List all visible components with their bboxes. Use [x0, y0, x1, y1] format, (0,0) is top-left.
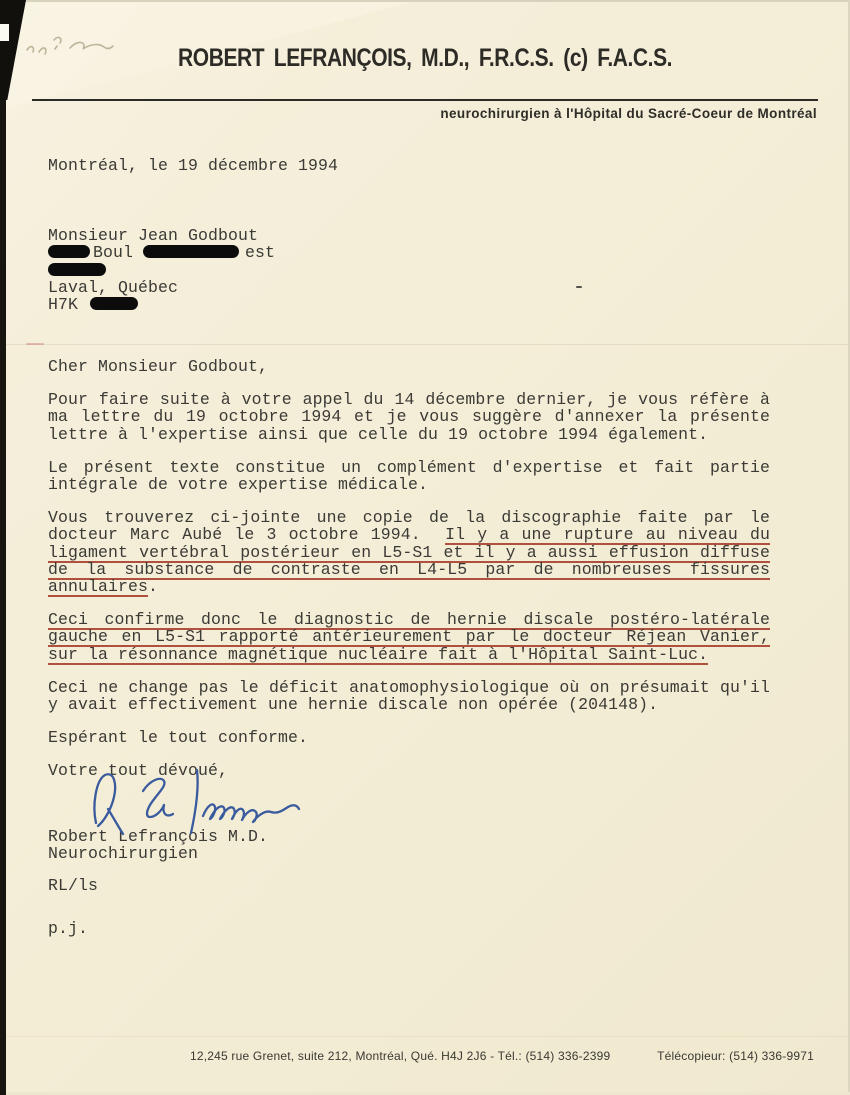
address-line-redacted — [48, 261, 275, 279]
paragraph-text: Le présent texte constitue un complément… — [48, 458, 770, 494]
header-rule — [32, 99, 818, 101]
letter-body: Cher Monsieur Godbout, Pour faire suite … — [48, 358, 770, 937]
ink-speck — [576, 286, 582, 288]
page-title: ROBERT LEFRANÇOIS, M.D., F.R.C.S. (c) F.… — [178, 44, 672, 73]
footer-address-phone: 12,245 rue Grenet, suite 212, Montréal, … — [190, 1049, 610, 1063]
scanned-letter-page: ROBERT LEFRANÇOIS, M.D., F.R.C.S. (c) F.… — [0, 0, 850, 1095]
scan-edge-left — [0, 0, 6, 1095]
letterhead: ROBERT LEFRANÇOIS, M.D., F.R.C.S. (c) F.… — [0, 44, 850, 73]
redaction-bar — [90, 297, 138, 310]
footer: 12,245 rue Grenet, suite 212, Montréal, … — [190, 1049, 814, 1063]
fold-crease-mark — [26, 343, 44, 345]
paragraph-text: . — [148, 577, 158, 596]
underlined-text: Ceci confirme donc le diagnostic de hern… — [48, 610, 770, 663]
enclosure-note: p.j. — [48, 920, 770, 937]
typist-initials: RL/ls — [48, 877, 770, 894]
date-line: Montréal, le 19 décembre 1994 — [48, 157, 338, 174]
signature-image — [83, 765, 305, 839]
redaction-bar — [143, 245, 239, 258]
letterhead-tagline: neurochirurgien à l'Hôpital du Sacré-Coe… — [440, 106, 817, 121]
fold-crease — [0, 1036, 850, 1037]
address-line-city: Laval, Québec — [48, 279, 275, 296]
paragraph: Pour faire suite à votre appel du 14 déc… — [48, 391, 770, 443]
redaction-bar — [48, 263, 106, 276]
paragraph-text: Pour faire suite à votre appel du 14 déc… — [48, 390, 770, 443]
redaction-bar — [48, 245, 90, 258]
paragraph: Le présent texte constitue un complément… — [48, 459, 770, 493]
salutation: Cher Monsieur Godbout, — [48, 358, 770, 375]
footer-fax: Télécopieur: (514) 336-9971 — [657, 1049, 814, 1063]
paragraph: Ceci confirme donc le diagnostic de hern… — [48, 611, 770, 663]
paragraph: Vous trouverez ci-jointe une copie de la… — [48, 509, 770, 595]
recipient-block: Monsieur Jean Godbout Boul est Laval, Qu… — [48, 227, 275, 313]
paragraph-text: Ceci ne change pas le déficit anatomophy… — [48, 678, 770, 714]
paragraph: Ceci ne change pas le déficit anatomophy… — [48, 679, 770, 713]
closing-conformity: Espérant le tout conforme. — [48, 729, 770, 746]
fold-crease — [0, 344, 850, 345]
scan-edge-sliver — [0, 24, 9, 41]
signer-title: Neurochirurgien — [48, 845, 770, 862]
address-line-street: Boul est — [48, 244, 275, 261]
recipient-name: Monsieur Jean Godbout — [48, 227, 275, 244]
address-line-postal: H7K — [48, 296, 275, 313]
scan-edge-top — [0, 0, 850, 2]
